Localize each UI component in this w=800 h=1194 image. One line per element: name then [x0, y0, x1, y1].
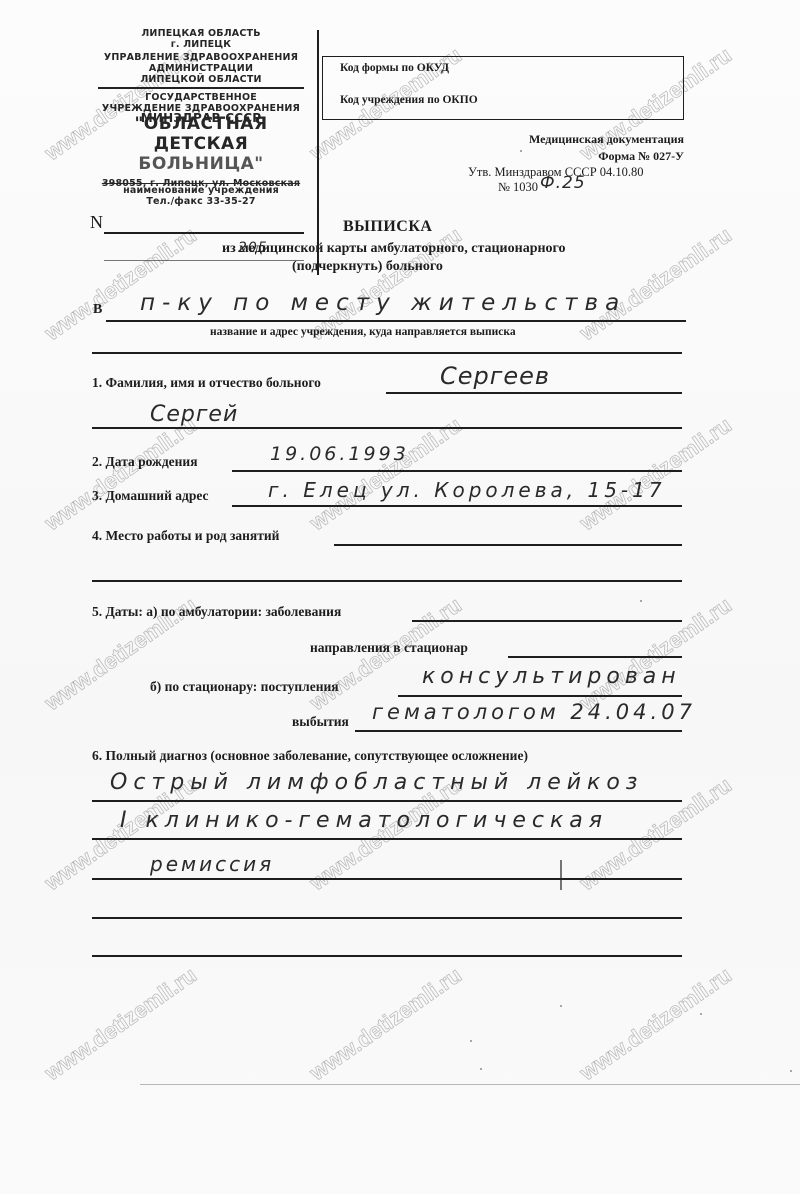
- referral-label: направления в стационар: [310, 640, 468, 656]
- workplace-line-2: [92, 580, 682, 582]
- form-info-line: Медицинская документация: [529, 132, 684, 147]
- scan-speck: [700, 1013, 702, 1015]
- scan-speck: [640, 600, 642, 602]
- patient-firstname-value: Сергей: [150, 402, 238, 427]
- diagnosis-rule-5: [92, 955, 682, 957]
- recipient-line-2: [92, 352, 682, 354]
- recipient-line: [106, 320, 686, 322]
- discharge-line: [355, 730, 682, 732]
- stamp-line: БОЛЬНИЦА": [88, 154, 314, 174]
- stamp-line: УПРАВЛЕНИЕ ЗДРАВООХРАНЕНИЯ: [88, 52, 314, 63]
- diagnosis-rule-4: [92, 917, 682, 919]
- stamp-line: ГОСУДАРСТВЕННОЕ: [88, 92, 314, 103]
- home-address-line: [232, 505, 682, 507]
- admission-line: [398, 695, 682, 697]
- birth-date-line: [232, 470, 682, 472]
- watermark: www.detizemli.ru: [575, 222, 736, 346]
- diagnosis-line-3: ремиссия: [150, 852, 274, 876]
- number-label: N: [90, 212, 103, 233]
- workplace-label: 4. Место работы и род занятий: [92, 528, 279, 544]
- home-address-value: г. Елец ул. Королева, 15-17: [268, 478, 666, 502]
- birth-date-value: 19.06.1993: [270, 443, 409, 465]
- workplace-line: [334, 544, 682, 546]
- watermark: www.detizemli.ru: [40, 222, 201, 346]
- home-address-label: 3. Домашний адрес: [92, 488, 208, 504]
- birth-date-label: 2. Дата рождения: [92, 454, 198, 470]
- header-divider: [317, 30, 319, 275]
- document-page: www.detizemli.ru www.detizemli.ru www.de…: [0, 0, 800, 1194]
- okud-label: Код формы по ОКУД: [340, 62, 449, 74]
- discharge-value: гематологом 24.04.07: [372, 700, 696, 724]
- diagnosis-line-1: Острый лимфобластный лейкоз: [110, 770, 644, 795]
- scan-speck: [790, 1070, 792, 1072]
- scan-speck: [480, 1068, 482, 1070]
- patient-name-line-2: [92, 427, 682, 429]
- admission-value: консультирован: [422, 664, 681, 689]
- handwritten-form-suffix: Ф.25: [540, 173, 586, 193]
- scan-speck: [470, 1040, 472, 1042]
- diagnosis-rule-3: [92, 878, 682, 880]
- recipient-caption: название и адрес учреждения, куда направ…: [210, 326, 516, 338]
- stamp-overprint: МИНЗДРАВ СССР: [88, 111, 314, 125]
- admission-label: б) по стационару: поступления: [150, 679, 339, 695]
- document-title: ВЫПИСКА: [343, 218, 432, 236]
- watermark: www.detizemli.ru: [575, 592, 736, 716]
- referral-line: [508, 656, 682, 658]
- number-line-2: [104, 260, 304, 261]
- stamp-line: Тел./факс 33-35-27: [88, 196, 314, 207]
- stamp-line: ЛИПЕЦКАЯ ОБЛАСТЬ: [88, 28, 314, 39]
- discharge-label: выбытия: [292, 714, 349, 730]
- diagnosis-rule-1: [92, 800, 682, 802]
- institution-stamp: ЛИПЕЦКАЯ ОБЛАСТЬ г. ЛИПЕЦК УПРАВЛЕНИЕ ЗД…: [88, 28, 314, 207]
- document-subtitle: из медицинской карты амбулаторного, стац…: [222, 241, 566, 257]
- patient-name-label: 1. Фамилия, имя и отчество больного: [92, 375, 321, 391]
- number-line: [104, 232, 304, 234]
- fold-mark: [560, 860, 562, 890]
- recipient-label: В: [93, 302, 102, 318]
- scan-speck: [520, 150, 522, 152]
- stamp-line: г. ЛИПЕЦК: [88, 39, 314, 50]
- dates-illness-line: [412, 620, 682, 622]
- watermark: www.detizemli.ru: [40, 412, 201, 536]
- document-subtitle-2: (подчеркнуть) больного: [292, 259, 443, 275]
- recipient-value: п-ку по месту жительства: [140, 290, 626, 316]
- form-number: Форма № 027-У: [598, 149, 684, 164]
- scan-speck: [560, 1005, 562, 1007]
- form-order-number: № 1030: [498, 180, 538, 195]
- watermark: www.detizemli.ru: [305, 962, 466, 1086]
- dates-illness-label: 5. Даты: а) по амбулатории: заболевания: [92, 604, 341, 620]
- stamp-line: ЛИПЕЦКОЙ ОБЛАСТИ: [88, 74, 314, 85]
- patient-name-line: [386, 392, 682, 394]
- okpo-label: Код учреждения по ОКПО: [340, 94, 478, 106]
- watermark: www.detizemli.ru: [305, 412, 466, 536]
- diagnosis-rule-2: [92, 838, 682, 840]
- patient-surname-value: Сергеев: [440, 362, 550, 390]
- faint-rule: [140, 1084, 800, 1085]
- watermark: www.detizemli.ru: [575, 412, 736, 536]
- watermark: www.detizemli.ru: [40, 962, 201, 1086]
- stamp-line: АДМИНИСТРАЦИИ: [88, 63, 314, 74]
- diagnosis-line-2: I клинико-гематологическая: [120, 808, 608, 833]
- diagnosis-label: 6. Полный диагноз (основное заболевание,…: [92, 748, 528, 764]
- watermark: www.detizemli.ru: [575, 962, 736, 1086]
